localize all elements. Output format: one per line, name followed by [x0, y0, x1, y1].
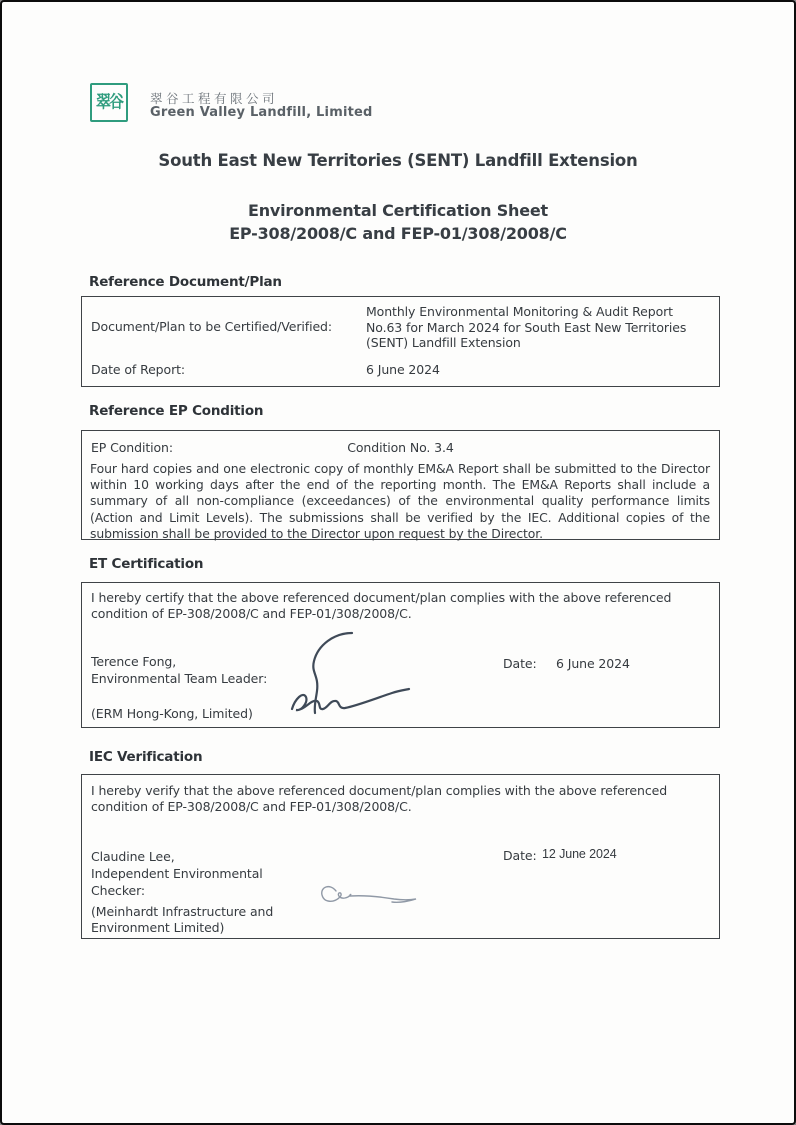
section-heading-iec-verification: IEC Verification [89, 749, 202, 765]
document-subtitle: Environmental Certification Sheet [2, 201, 794, 220]
reference-document-box: Document/Plan to be Certified/Verified: … [81, 296, 720, 387]
et-signatory: Terence Fong, Environmental Team Leader: [91, 653, 267, 687]
logo-glyphs: 翠谷 [96, 94, 122, 111]
et-certification-box: I hereby certify that the above referenc… [81, 582, 720, 728]
iec-company: (Meinhardt Infrastructure and Environmen… [91, 904, 273, 936]
ep-condition-value: Condition No. 3.4 [82, 440, 719, 456]
iec-date-value: 12 June 2024 [542, 846, 617, 862]
et-signature [278, 629, 428, 715]
date-of-report-label: Date of Report: [91, 362, 185, 378]
et-statement: I hereby certify that the above referenc… [91, 590, 709, 622]
document-plan-value: Monthly Environmental Monitoring & Audit… [366, 304, 714, 351]
permit-numbers: EP-308/2008/C and FEP-01/308/2008/C [2, 224, 794, 243]
et-date-label: Date: [503, 656, 537, 672]
iec-verification-box: I hereby verify that the above reference… [81, 774, 720, 939]
document-title: South East New Territories (SENT) Landfi… [2, 151, 794, 170]
iec-signatory-title: Independent Environmental Checker: [91, 866, 263, 899]
et-date-value: 6 June 2024 [556, 656, 630, 672]
company-name-english: Green Valley Landfill, Limited [150, 105, 373, 120]
iec-statement: I hereby verify that the above reference… [91, 783, 709, 815]
section-heading-reference-ep-condition: Reference EP Condition [89, 403, 263, 419]
document-plan-label: Document/Plan to be Certified/Verified: [91, 319, 332, 335]
ep-condition-body: Four hard copies and one electronic copy… [90, 461, 710, 542]
date-of-report-value: 6 June 2024 [366, 362, 440, 378]
section-heading-et-certification: ET Certification [89, 556, 203, 572]
ep-condition-box: EP Condition: Condition No. 3.4 Four har… [81, 430, 720, 540]
et-company: (ERM Hong-Kong, Limited) [91, 706, 253, 722]
iec-signatory-name: Claudine Lee, [91, 849, 175, 865]
iec-date-label: Date: [503, 848, 537, 864]
iec-signature [314, 879, 424, 913]
company-logo-icon: 翠谷 [90, 83, 128, 122]
section-heading-reference-document: Reference Document/Plan [89, 274, 282, 290]
certification-sheet-page: 翠谷 翠谷工程有限公司 Green Valley Landfill, Limit… [0, 0, 796, 1125]
